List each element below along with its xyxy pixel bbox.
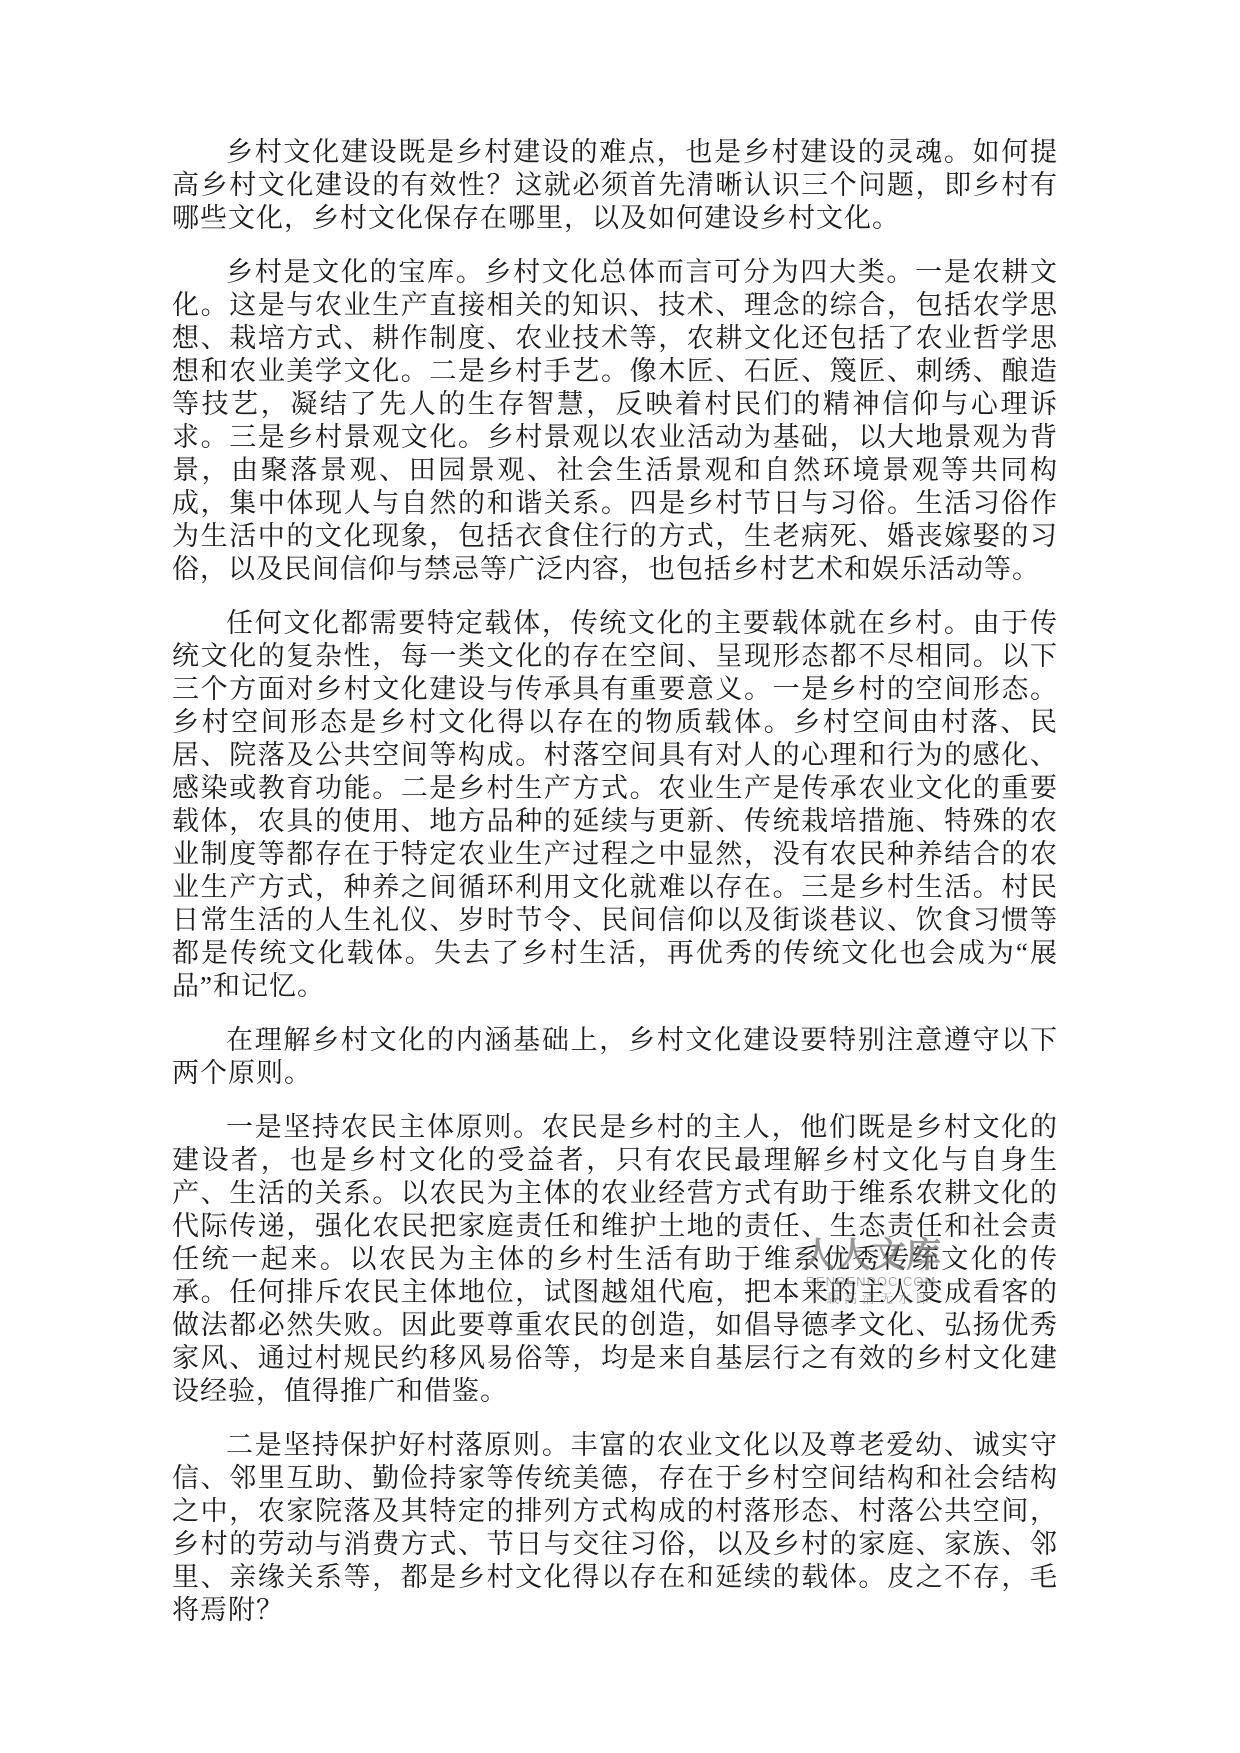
paragraph-intro: 乡村文化建设既是乡村建设的难点，也是乡村建设的灵魂。如何提高乡村文化建设的有效性… [172,136,1058,235]
document-body: 乡村文化建设既是乡村建设的难点，也是乡村建设的灵魂。如何提高乡村文化建设的有效性… [172,136,1058,1648]
paragraph-culture-carriers: 任何文化都需要特定载体，传统文化的主要载体就在乡村。由于传统文化的复杂性，每一类… [172,607,1058,1003]
paragraph-principle-protect-villages: 二是坚持保护好村落原则。丰富的农业文化以及尊老爱幼、诚实守信、邻里互助、勤俭持家… [172,1429,1058,1627]
document-page: 乡村文化建设既是乡村建设的难点，也是乡村建设的灵魂。如何提高乡村文化建设的有效性… [0,0,1240,1753]
paragraph-principle-farmer-main-body: 一是坚持农民主体原则。农民是乡村的主人，他们既是乡村文化的建设者，也是乡村文化的… [172,1111,1058,1408]
paragraph-four-culture-types: 乡村是文化的宝库。乡村文化总体而言可分为四大类。一是农耕文化。这是与农业生产直接… [172,256,1058,586]
paragraph-two-principles-lead: 在理解乡村文化的内涵基础上，乡村文化建设要特别注意遵守以下两个原则。 [172,1024,1058,1090]
